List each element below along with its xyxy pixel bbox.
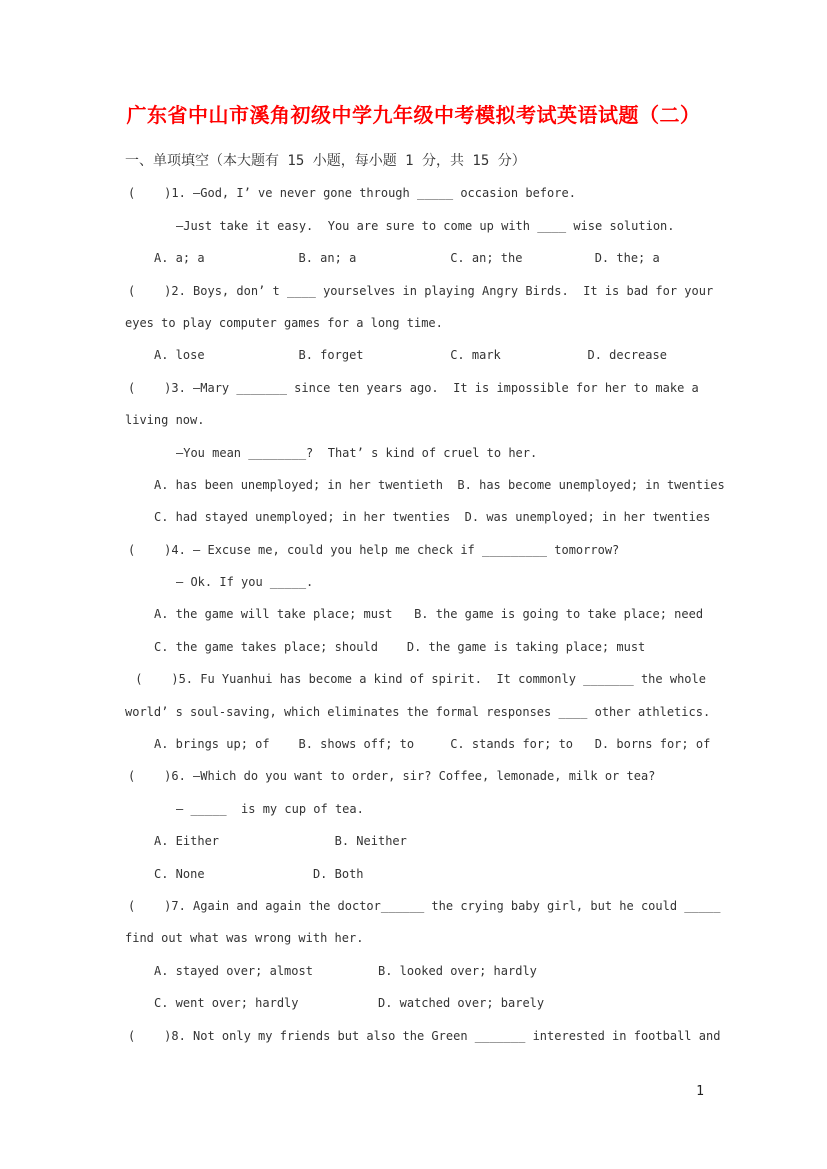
- question-line: C. had stayed unemployed; in her twentie…: [125, 501, 720, 533]
- question-line: world’ s soul-saving, which eliminates t…: [125, 696, 720, 728]
- page-number: 1: [690, 1079, 710, 1105]
- question-line: ( )3. —Mary _______ since ten years ago.…: [125, 372, 720, 404]
- question-line: A. the game will take place; must B. the…: [125, 598, 720, 630]
- question-line: —Just take it easy. You are sure to come…: [125, 210, 720, 242]
- question-line: — Ok. If you _____.: [125, 566, 720, 598]
- question-line: C. the game takes place; should D. the g…: [125, 631, 720, 663]
- question-line: C. went over; hardly D. watched over; ba…: [125, 987, 720, 1019]
- question-line: eyes to play computer games for a long t…: [125, 307, 720, 339]
- section-heading: 一、单项填空（本大题有 15 小题，每小题 1 分，共 15 分）: [125, 145, 720, 177]
- question-line: A. a; a B. an; a C. an; the D. the; a: [125, 242, 720, 274]
- page-title: 广东省中山市溪角初级中学九年级中考模拟考试英语试题（二）: [0, 100, 827, 130]
- question-line: ( )2. Boys, don’ t ____ yourselves in pl…: [125, 275, 720, 307]
- question-line: A. brings up; of B. shows off; to C. sta…: [125, 728, 720, 760]
- question-line: ( )8. Not only my friends but also the G…: [125, 1020, 720, 1052]
- exam-content: 一、单项填空（本大题有 15 小题，每小题 1 分，共 15 分） ( )1. …: [125, 145, 720, 1052]
- document-page: 广东省中山市溪角初级中学九年级中考模拟考试英语试题（二） 一、单项填空（本大题有…: [0, 0, 827, 1169]
- question-line: living now.: [125, 404, 720, 436]
- question-line: A. stayed over; almost B. looked over; h…: [125, 955, 720, 987]
- question-line: A. Either B. Neither: [125, 825, 720, 857]
- question-line: ( )4. — Excuse me, could you help me che…: [125, 534, 720, 566]
- question-line: A. lose B. forget C. mark D. decrease: [125, 339, 720, 371]
- question-line: find out what was wrong with her.: [125, 922, 720, 954]
- question-line: ( )1. —God, I’ ve never gone through ___…: [125, 177, 720, 209]
- question-line: —You mean ________? That’ s kind of crue…: [125, 437, 720, 469]
- question-list: ( )1. —God, I’ ve never gone through ___…: [125, 177, 720, 1052]
- question-line: ( )5. Fu Yuanhui has become a kind of sp…: [125, 663, 720, 695]
- question-line: — _____ is my cup of tea.: [125, 793, 720, 825]
- question-line: C. None D. Both: [125, 858, 720, 890]
- question-line: A. has been unemployed; in her twentieth…: [125, 469, 720, 501]
- question-line: ( )7. Again and again the doctor______ t…: [125, 890, 720, 922]
- question-line: ( )6. —Which do you want to order, sir? …: [125, 760, 720, 792]
